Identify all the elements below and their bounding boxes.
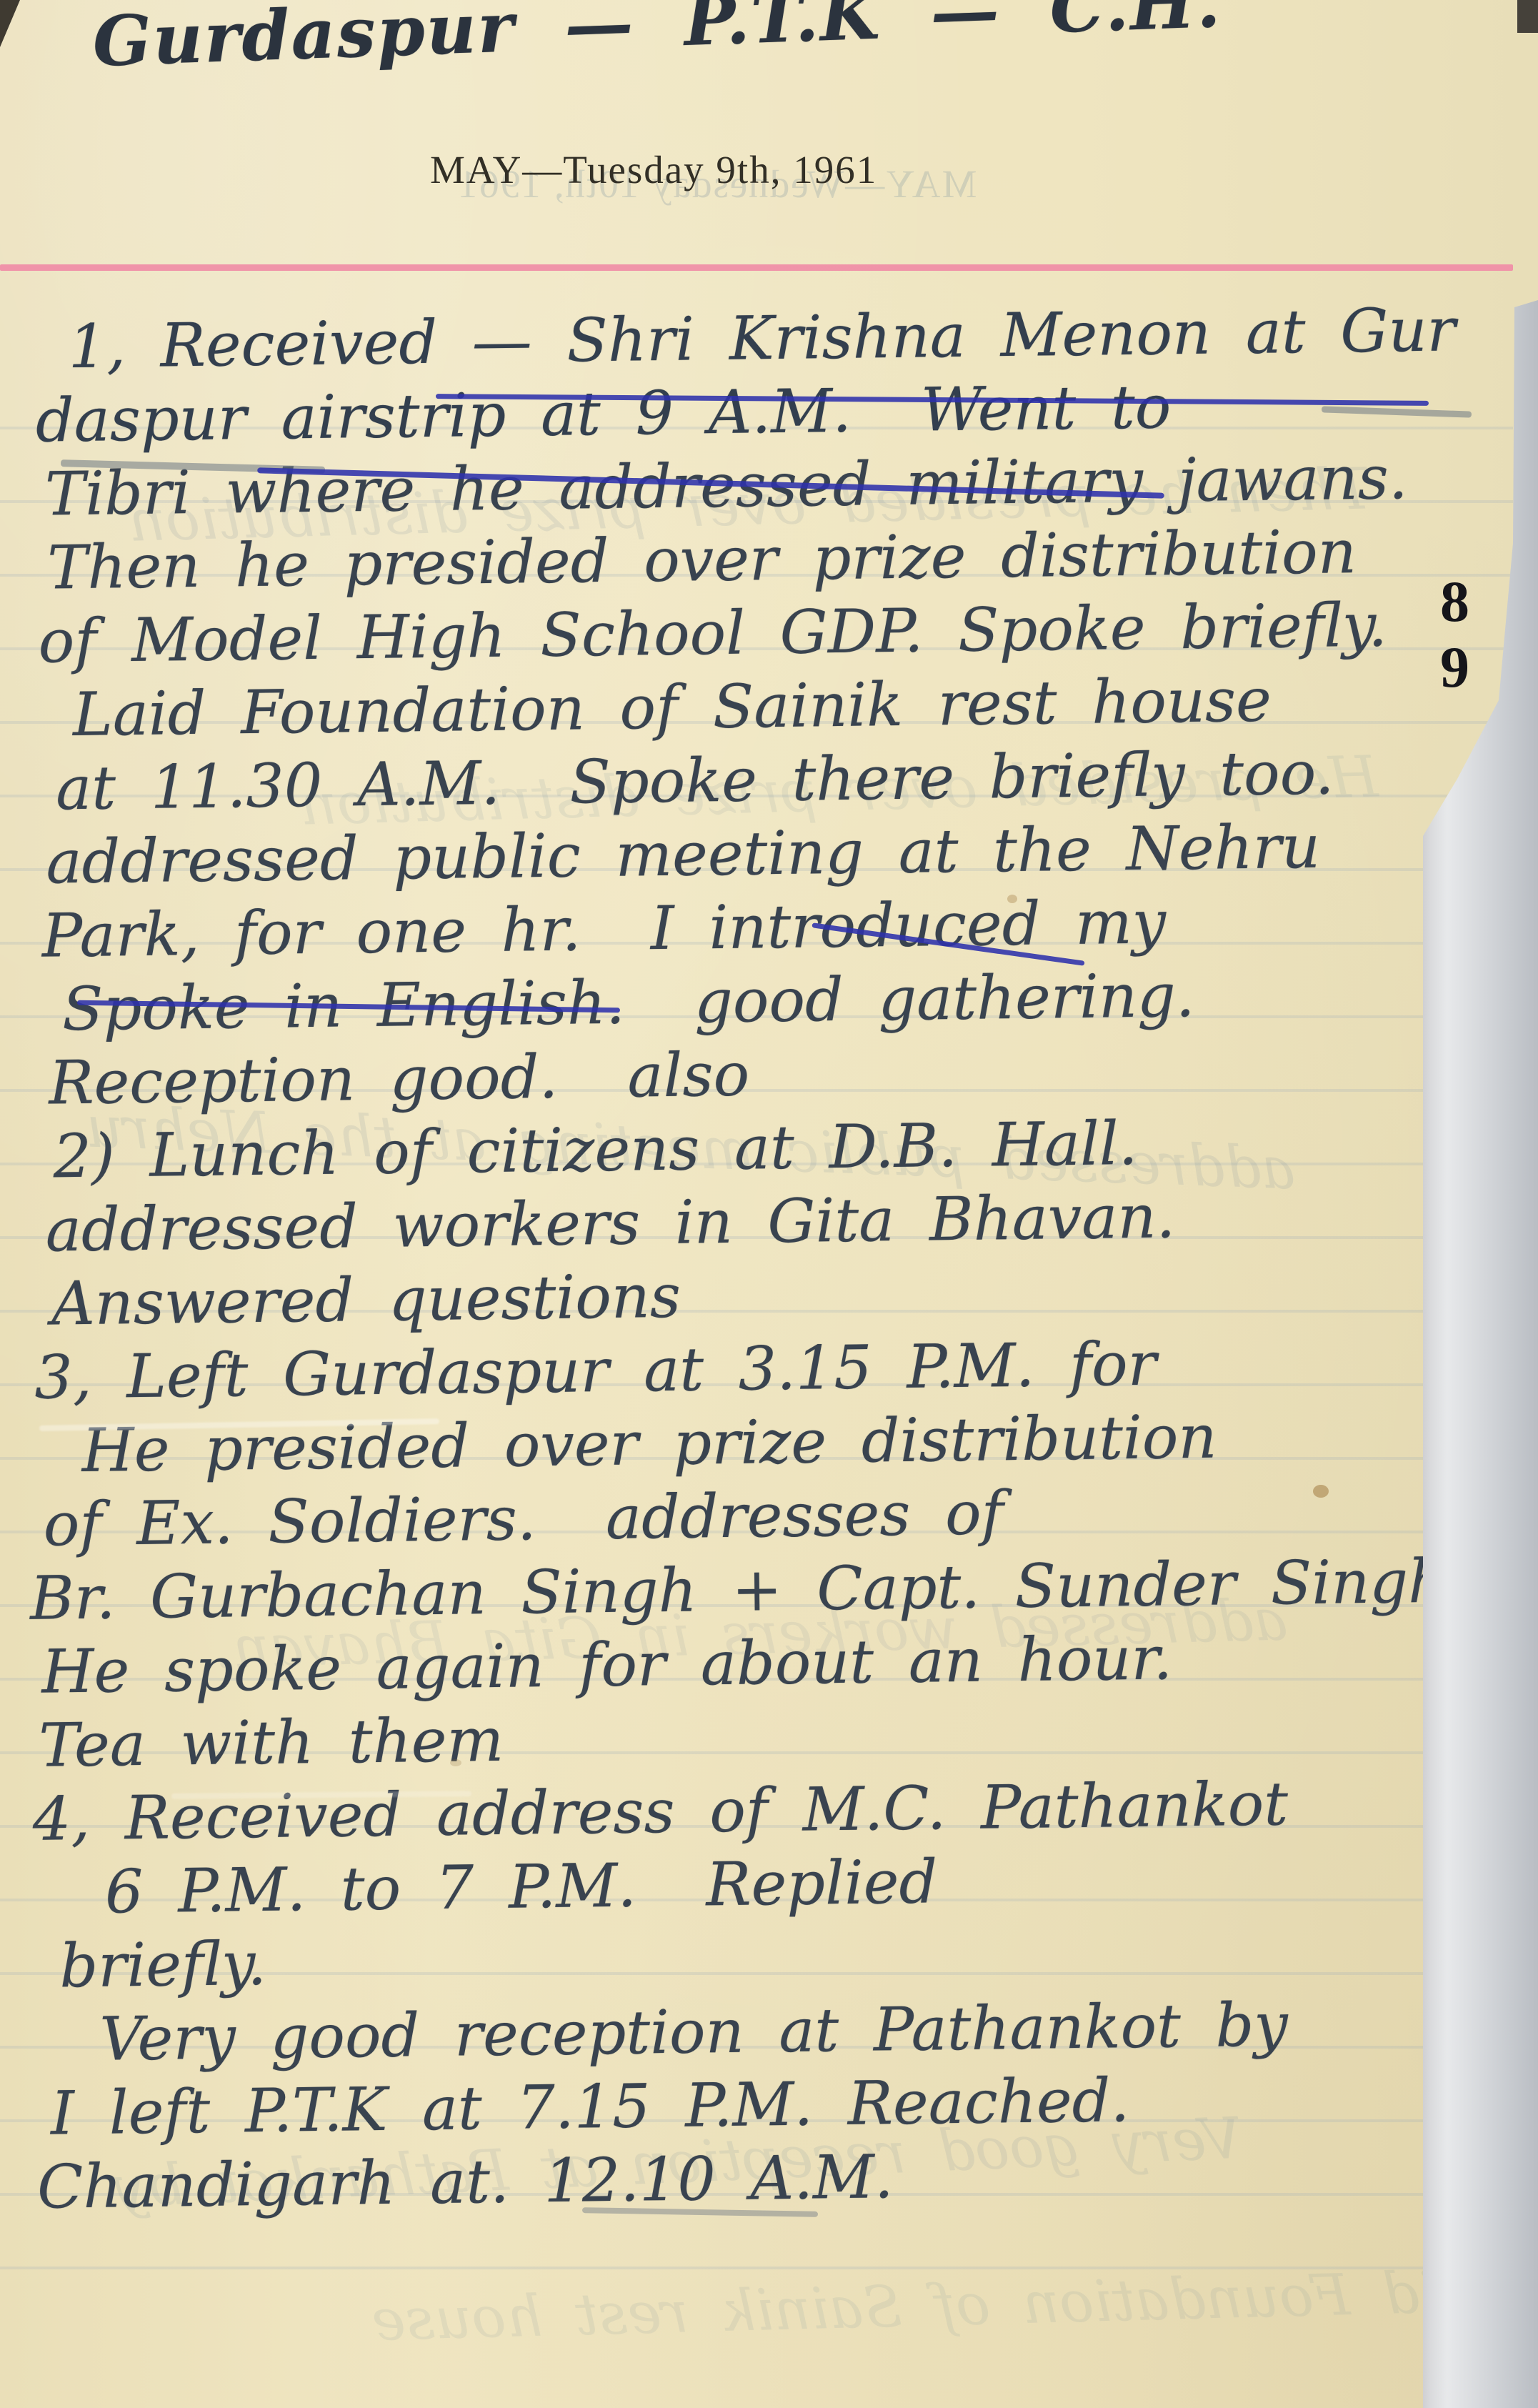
page-number-9: 9 (1440, 635, 1469, 700)
diary-entries: 1, Received — Shri Krishna Menon at Gur … (14, 291, 1524, 2222)
scanned-diary-page: Then he presided over prize distribution… (0, 0, 1538, 2408)
diary-paper: Then he presided over prize distribution… (0, 0, 1538, 2408)
paper-stain (1313, 1485, 1329, 1498)
printed-date: MAY—Tuesday 9th, 1961 (430, 147, 877, 192)
paper-stain (450, 1759, 461, 1766)
pink-rule (0, 264, 1513, 271)
scan-corner-shadow (1517, 0, 1538, 33)
paper-stain (1007, 895, 1017, 903)
underpage-shadow (1423, 786, 1447, 2408)
scan-corner-shadow (0, 0, 20, 47)
page-tab-numbers: 8 9 (1440, 569, 1469, 700)
page-number-8: 8 (1440, 569, 1469, 635)
diary-route-header: Gurdaspur — P.T.K — C.H. (91, 0, 1223, 82)
